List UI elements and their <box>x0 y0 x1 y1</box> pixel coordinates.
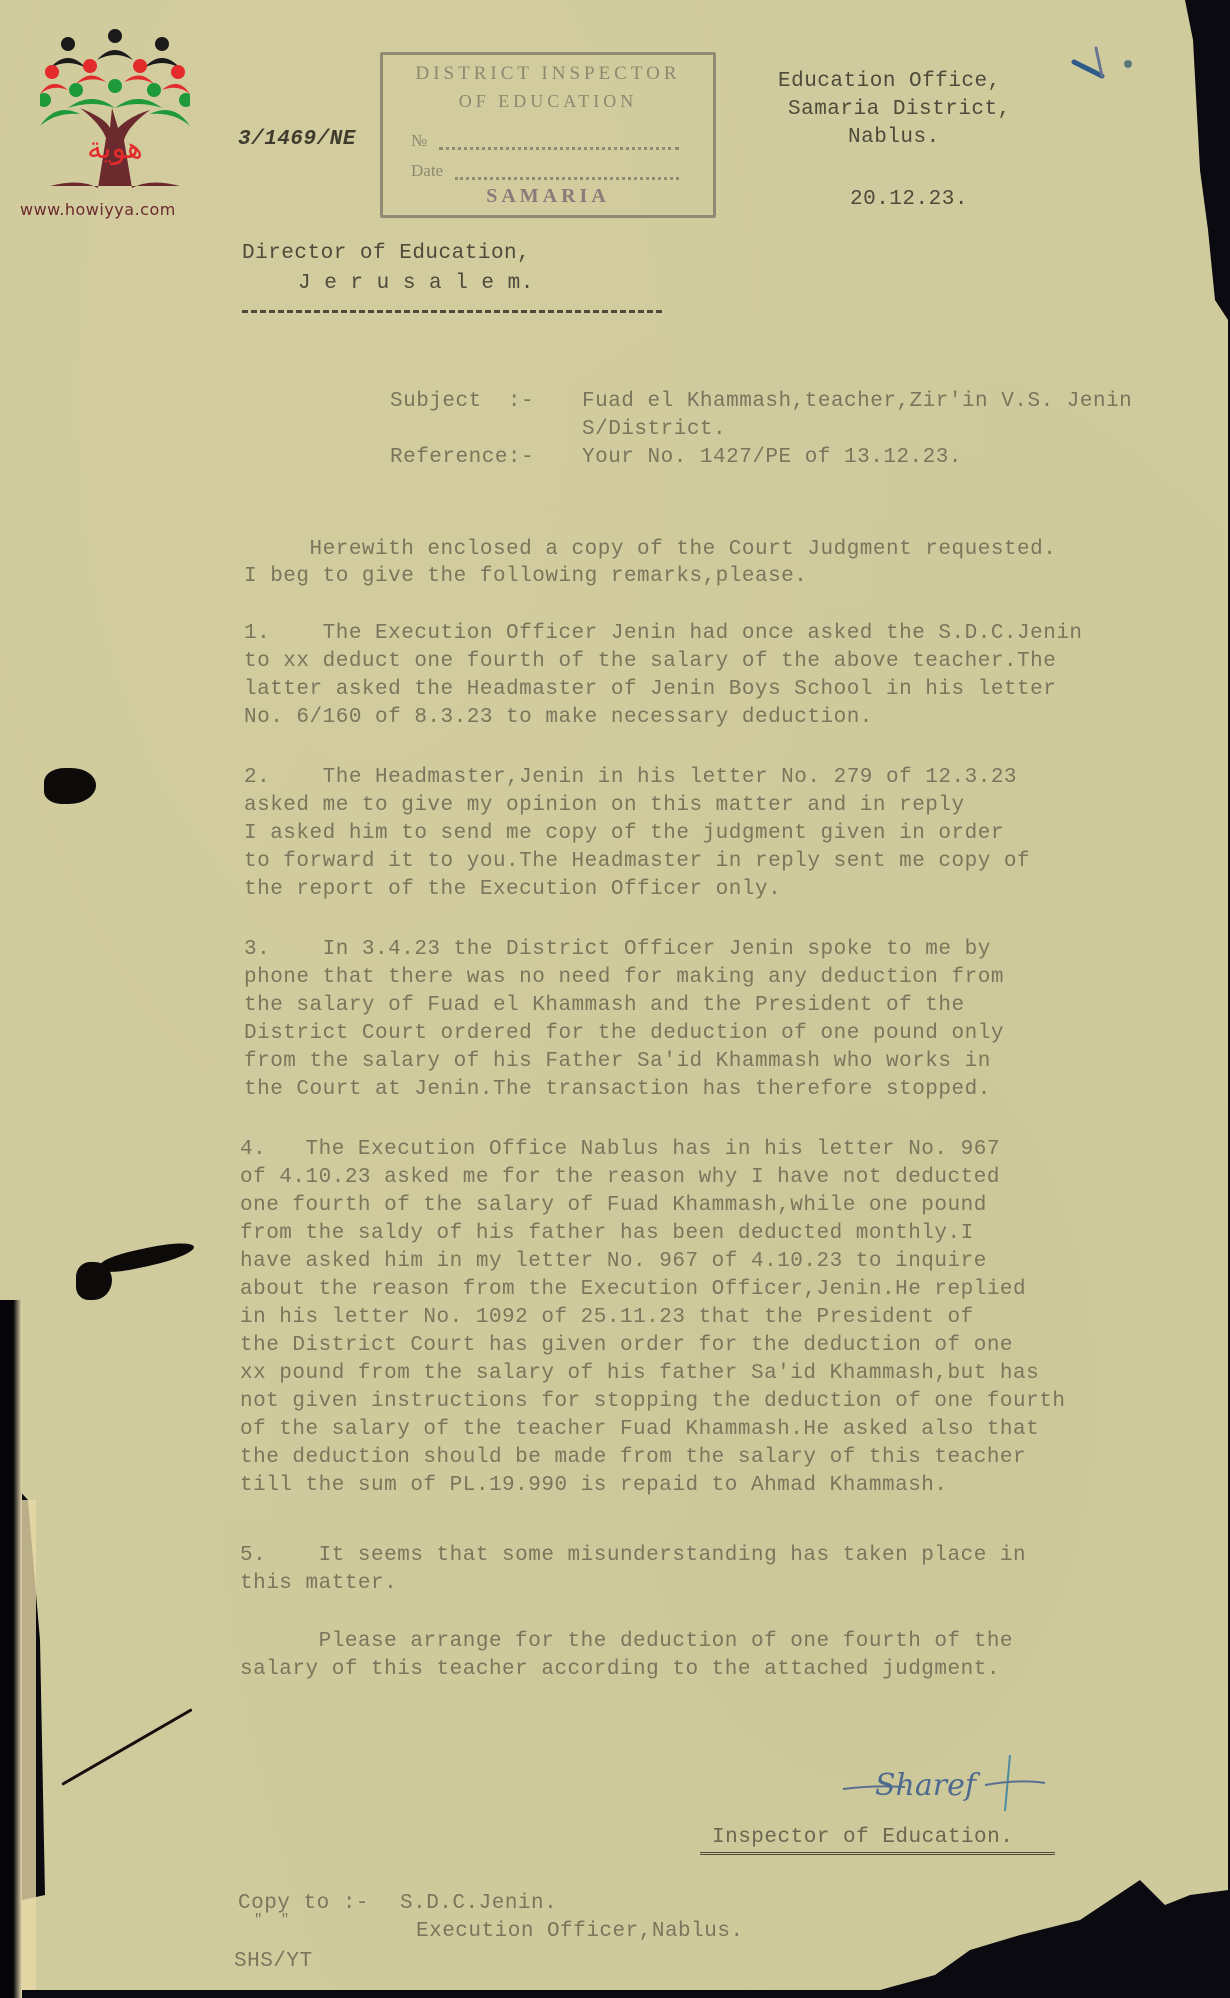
stamp-number-label: № <box>411 131 427 151</box>
handwritten-signature-icon: Sharef <box>835 1745 1055 1815</box>
signatory-title: Inspector of Education. <box>712 1824 1013 1852</box>
paragraph-2-line: I asked him to send me copy of the judgm… <box>244 820 1004 848</box>
paragraph-5-line: this matter. <box>240 1570 397 1598</box>
paragraph-4-line: of the salary of the teacher Fuad Khamma… <box>240 1416 1039 1444</box>
paragraph-4-line: in his letter No. 1092 of 25.11.23 that … <box>240 1304 974 1332</box>
paragraph-4-line: one fourth of the salary of Fuad Khammas… <box>240 1192 987 1220</box>
paragraph-2-line: asked me to give my opinion on this matt… <box>244 792 965 820</box>
district-inspector-stamp: DISTRICT INSPECTOR OF EDUCATION № Date S… <box>380 52 716 218</box>
file-reference: 3/1469/NE <box>238 126 356 154</box>
addressee-underline <box>242 310 662 313</box>
typist-initials: SHS/YT <box>234 1948 313 1976</box>
paragraph-4-line: not given instructions for stopping the … <box>240 1388 1065 1416</box>
stamp-number-dots <box>439 147 679 150</box>
stamp-date-label: Date <box>411 161 443 181</box>
svg-text:هوية: هوية <box>87 131 143 166</box>
paragraph-3-line: the salary of Fuad el Khammash and the P… <box>244 992 965 1020</box>
copy-to-recipient2: Execution Officer,Nablus. <box>416 1918 744 1946</box>
intro-line: Herewith enclosed a copy of the Court Ju… <box>244 536 1056 564</box>
stamp-title-line1: DISTRICT INSPECTOR <box>383 63 713 85</box>
closing-line: salary of this teacher according to the … <box>240 1656 1000 1684</box>
sender-line1: Education Office, <box>778 68 1001 96</box>
paragraph-4-line: of 4.10.23 asked me for the reason why I… <box>240 1164 1000 1192</box>
addressee-line1: Director of Education, <box>242 240 530 268</box>
paragraph-4-line: 4. The Execution Office Nablus has in hi… <box>240 1136 1000 1164</box>
paragraph-2-line: the report of the Execution Officer only… <box>244 876 781 904</box>
svg-text:Sharef: Sharef <box>875 1768 981 1803</box>
paragraph-3-line: from the salary of his Father Sa'id Kham… <box>244 1048 991 1076</box>
reference-label: Reference:- <box>390 444 534 472</box>
paper-fold <box>22 1500 36 1990</box>
copy-to-recipient1: S.D.C.Jenin. <box>400 1890 557 1918</box>
letter-date: 20.12.23. <box>850 186 968 214</box>
paragraph-3-line: phone that there was no need for making … <box>244 964 1004 992</box>
subject-line2: S/District. <box>582 416 726 444</box>
watermark-url: www.howiyya.com <box>20 200 176 219</box>
paragraph-4-line: from the saldy of his father has been de… <box>240 1220 974 1248</box>
paragraph-1-line: to xx deduct one fourth of the salary of… <box>244 648 1056 676</box>
reference-text: Your No. 1427/PE of 13.12.23. <box>582 444 962 472</box>
stamp-district: SAMARIA <box>383 185 713 208</box>
paragraph-4-line: till the sum of PL.19.990 is repaid to A… <box>240 1472 948 1500</box>
addressee-line2: J e r u s a l e m. <box>298 270 534 298</box>
paragraph-5-line: 5. It seems that some misunderstanding h… <box>240 1542 1026 1570</box>
sender-line2: Samaria District, <box>788 96 1011 124</box>
howiyya-logo-icon: هوية <box>40 28 190 188</box>
intro-line: I beg to give the following remarks,plea… <box>244 563 807 591</box>
stamp-date-dots <box>455 177 679 180</box>
paragraph-4-line: the District Court has given order for t… <box>240 1332 1013 1360</box>
paragraph-1-line: latter asked the Headmaster of Jenin Boy… <box>244 676 1056 704</box>
paragraph-1-line: 1. The Execution Officer Jenin had once … <box>244 620 1083 648</box>
paragraph-3-line: the Court at Jenin.The transaction has t… <box>244 1076 991 1104</box>
paragraph-2-line: 2. The Headmaster,Jenin in his letter No… <box>244 764 1017 792</box>
blue-check-annotation-icon <box>1068 42 1138 92</box>
paragraph-4-line: the deduction should be made from the sa… <box>240 1444 1026 1472</box>
sender-line3: Nablus. <box>848 124 940 152</box>
paragraph-4-line: xx pound from the salary of his father S… <box>240 1360 1039 1388</box>
subject-label: Subject :- <box>390 388 534 416</box>
subject-line1: Fuad el Khammash,teacher,Zir'in V.S. Jen… <box>582 388 1132 416</box>
paragraph-4-line: about the reason from the Execution Offi… <box>240 1276 1026 1304</box>
copy-to-ditto: " " <box>254 1906 290 1934</box>
paragraph-4-line: have asked him in my letter No. 967 of 4… <box>240 1248 987 1276</box>
paragraph-3-line: District Court ordered for the deduction… <box>244 1020 1004 1048</box>
paragraph-3-line: 3. In 3.4.23 the District Officer Jenin … <box>244 936 991 964</box>
signatory-underline <box>700 1852 1055 1855</box>
torn-left-edge <box>0 1300 22 1998</box>
paragraph-1-line: No. 6/160 of 8.3.23 to make necessary de… <box>244 704 873 732</box>
closing-line: Please arrange for the deduction of one … <box>240 1628 1013 1656</box>
stamp-title-line2: OF EDUCATION <box>383 91 713 112</box>
paragraph-2-line: to forward it to you.The Headmaster in r… <box>244 848 1030 876</box>
